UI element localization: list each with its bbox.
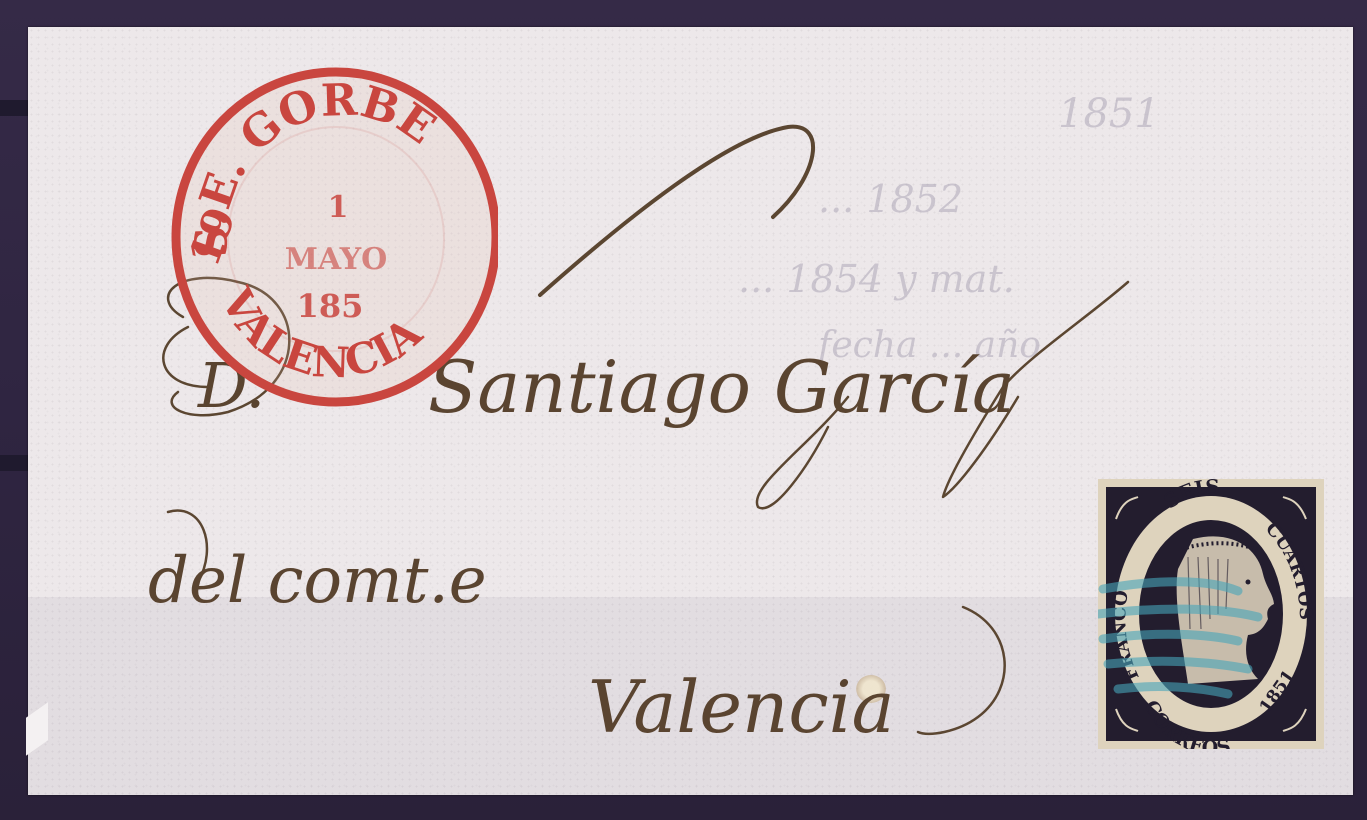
postmark-day: 1 <box>328 190 349 225</box>
address-name: Santiago García <box>428 345 1015 429</box>
postage-stamp: SEIS FRANCO CUARTOS CORREOS 1851 <box>1098 479 1324 749</box>
backdrop-band <box>0 455 30 471</box>
address-line-3: Valencia <box>588 665 895 749</box>
pencil-note-line: ... 1854 y mat. <box>738 257 1015 301</box>
backdrop-band <box>0 100 30 116</box>
red-circular-postmark: S.E. GORBE 19 VALENCIA 1 MAYO 185 <box>168 67 498 407</box>
pencil-note-line: ... 1852 <box>818 177 963 221</box>
address-line-2: del comt.e <box>148 544 487 618</box>
pencil-notes: 1851 ... 1852 ... 1854 y mat. fecha ... … <box>738 91 1160 366</box>
postmark-year: 185 <box>297 287 364 325</box>
pencil-note-line: 1851 <box>1058 91 1160 137</box>
postmark-month: MAYO <box>285 242 388 277</box>
cover-paper: 1851 ... 1852 ... 1854 y mat. fecha ... … <box>28 27 1353 795</box>
